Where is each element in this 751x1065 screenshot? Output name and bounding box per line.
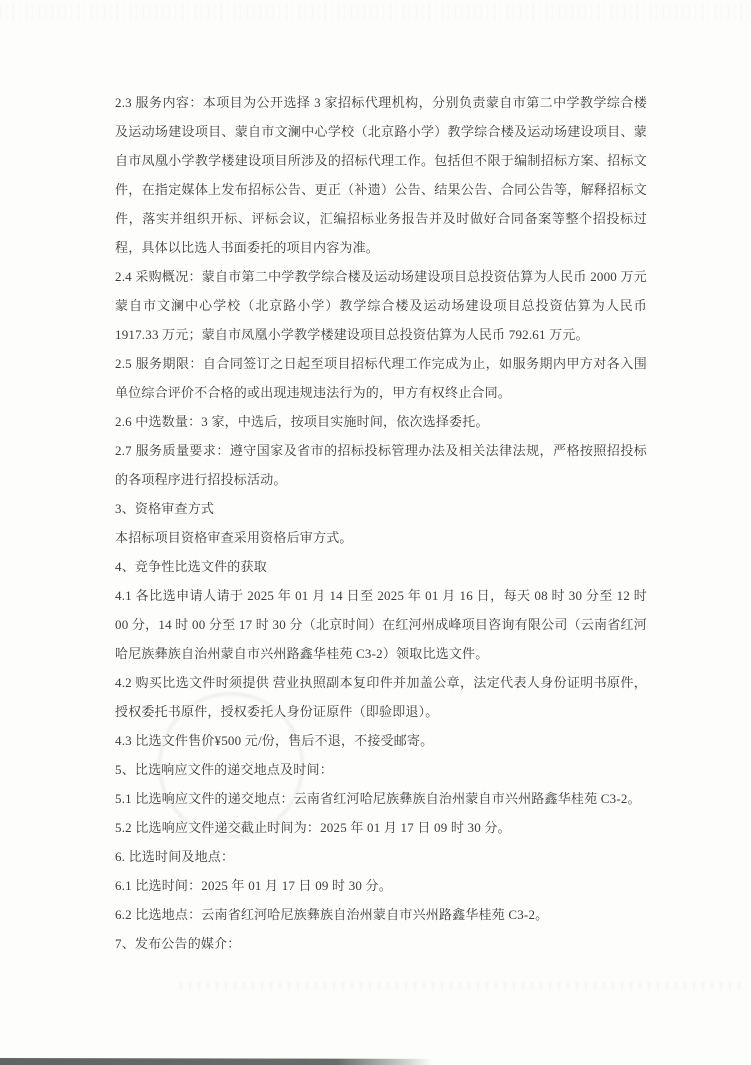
scan-edge-artifact bbox=[0, 1058, 432, 1065]
section-7-announcement-media-heading: 7、发布公告的媒介： bbox=[115, 929, 647, 958]
clause-3-qualification-review-body: 本招标项目资格审查采用资格后审方式。 bbox=[115, 523, 647, 552]
clause-6-2-comparison-place: 6.2 比选地点：云南省红河哈尼族彝族自治州蒙自市兴州路鑫华桂苑 C3-2。 bbox=[115, 900, 647, 929]
clause-6-1-comparison-time: 6.1 比选时间：2025 年 01 月 17 日 09 时 30 分。 bbox=[115, 871, 647, 900]
section-6-comparison-time-place-heading: 6. 比选时间及地点： bbox=[115, 842, 647, 871]
scanned-document-page: 2.3 服务内容：本项目为公开选择 3 家招标代理机构，分别负责蒙自市第二中学教… bbox=[0, 0, 751, 1065]
scan-noise-top bbox=[0, 4, 751, 20]
section-4-document-acquisition-heading: 4、竞争性比选文件的获取 bbox=[115, 552, 647, 581]
clause-2-5-service-term: 2.5 服务期限：自合同签订之日起至项目招标代理工作完成为止，如服务期内甲方对各… bbox=[115, 349, 647, 407]
clause-2-3-service-content: 2.3 服务内容：本项目为公开选择 3 家招标代理机构，分别负责蒙自市第二中学教… bbox=[115, 88, 647, 262]
clause-2-7-service-quality: 2.7 服务质量要求：遵守国家及省市的招标投标管理办法及相关法律法规，严格按照招… bbox=[115, 436, 647, 494]
section-3-qualification-review-heading: 3、资格审查方式 bbox=[115, 494, 647, 523]
clause-4-1-document-collection: 4.1 各比选申请人请于 2025 年 01 月 14 日至 2025 年 01… bbox=[115, 581, 647, 668]
scan-noise-bottom bbox=[180, 982, 740, 990]
clause-2-6-selected-quantity: 2.6 中选数量：3 家，中选后，按项目实施时间，依次选择委托。 bbox=[115, 407, 647, 436]
clause-2-4-procurement-overview: 2.4 采购概况：蒙自市第二中学教学综合楼及运动场建设项目总投资估算为人民币 2… bbox=[115, 262, 647, 349]
seal-ghost-artifact bbox=[158, 692, 304, 838]
